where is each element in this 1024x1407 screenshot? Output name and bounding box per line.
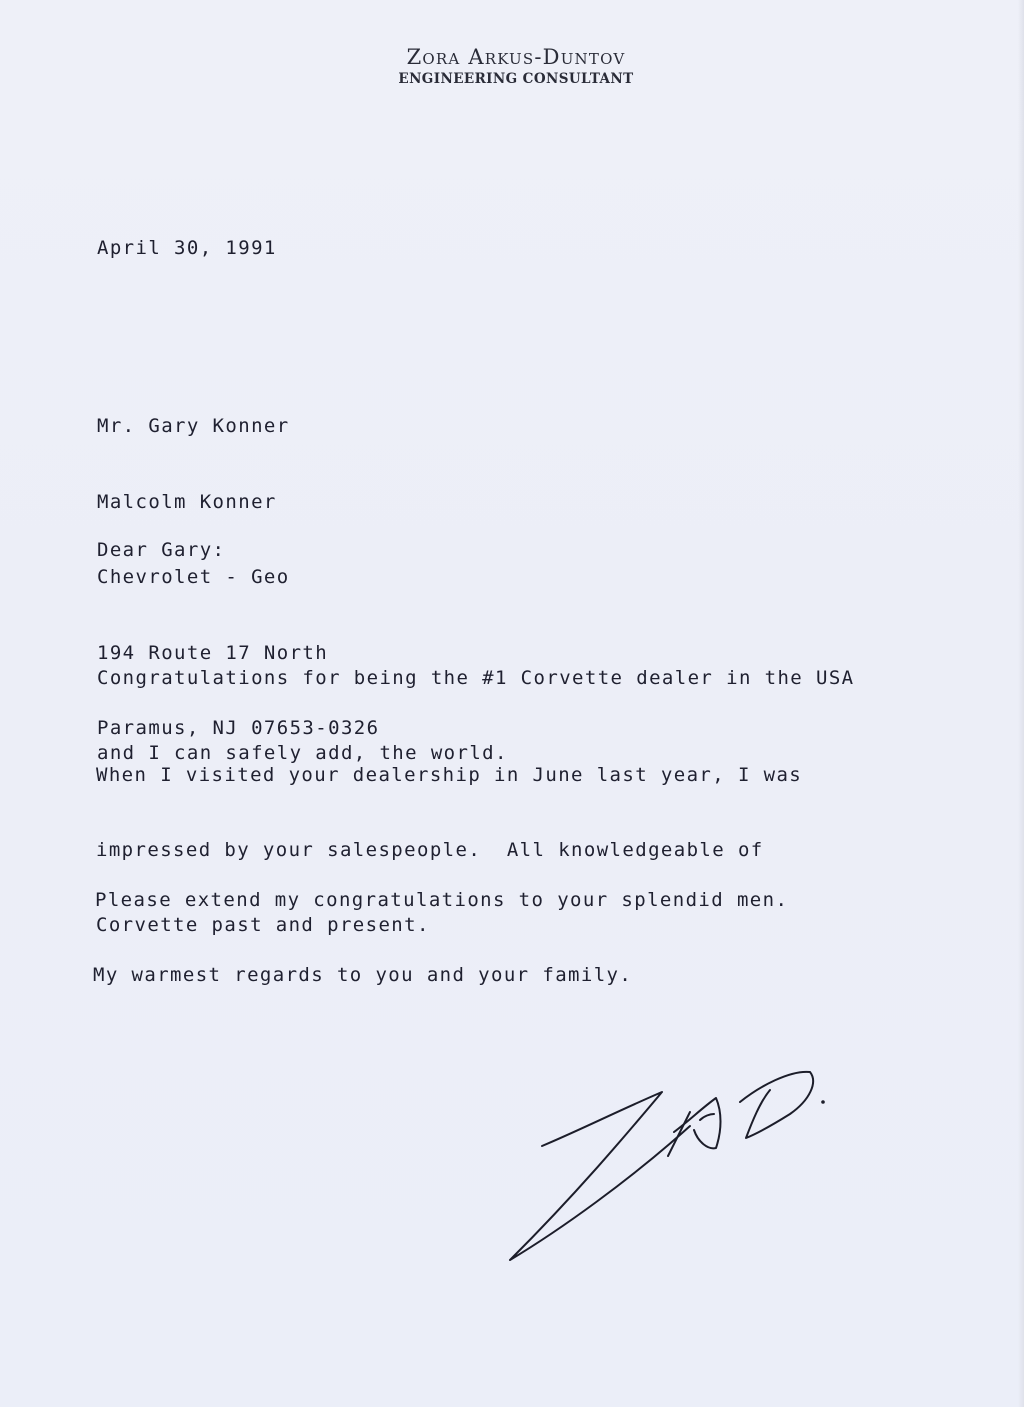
paragraph-line: When I visited your dealership in June l… (96, 763, 802, 788)
paragraph-line: My warmest regards to you and your famil… (93, 963, 632, 988)
signature-icon (490, 1050, 850, 1300)
letterhead-title: Engineering Consultant (8, 70, 1024, 88)
letter-page: Zora Arkus-Duntov Engineering Consultant… (0, 0, 1024, 1407)
letter-date: April 30, 1991 (97, 236, 277, 261)
recipient-line: Chevrolet - Geo (97, 565, 379, 591)
recipient-line: Mr. Gary Konner (97, 414, 379, 440)
page-edge-shadow (1018, 0, 1024, 1407)
paragraph-line: Please extend my congratulations to your… (95, 888, 788, 913)
letterhead-name: Zora Arkus-Duntov (8, 44, 1024, 70)
closing-paragraph: My warmest regards to you and your famil… (93, 913, 632, 1038)
recipient-line: Malcolm Konner (97, 490, 379, 516)
salutation: Dear Gary: (97, 538, 225, 563)
paragraph-line: Congratulations for being the #1 Corvett… (97, 666, 855, 691)
letterhead: Zora Arkus-Duntov Engineering Consultant (0, 44, 1024, 88)
